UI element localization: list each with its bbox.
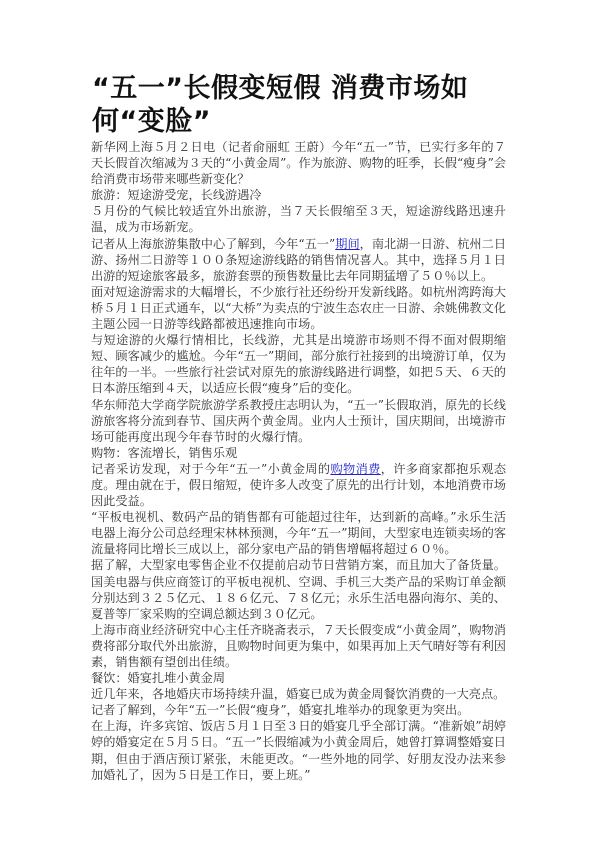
link-shopping-consumption[interactable]: 购物消费: [330, 462, 380, 476]
article-title: “五一”长假变短假 消费市场如何“变脸”: [92, 72, 522, 138]
paragraph: 近几年来，各地婚庆市场持续升温，婚宴已成为黄金周餐饮消费的一大亮点。: [91, 686, 506, 702]
section-heading-travel: 旅游：短途游受宠，长线游遇冷: [91, 187, 506, 203]
paragraph: 面对短途游需求的大幅增长，不少旅行社还纷纷开发新线路。如杭州湾跨海大桥５月１日正…: [91, 284, 506, 332]
paragraph: 在上海，许多宾馆、饭店５月１日至３日的婚宴几乎全部订满。“准新娘”胡婷婷的婚宴定…: [91, 718, 506, 782]
paragraph: 与短途游的火爆行情相比，长线游，尤其是出境游市场则不得不面对假期缩短、顾客减少的…: [91, 332, 506, 396]
paragraph-with-link: 记者从上海旅游集散中心了解到，今年“五一”期间，南北湖一日游、杭州二日游、扬州二…: [91, 236, 506, 284]
section-heading-dining: 餐饮：婚宴扎堆小黄金周: [91, 670, 506, 686]
paragraph-with-link: 记者采访发现，对于今年“五一”小黄金周的购物消费，许多商家都抱乐观态度。理由就在…: [91, 461, 506, 509]
paragraph: ５月份的气候比较适宜外出旅游，当７天长假缩至３天，短途游线路迅速升温，成为市场新…: [91, 203, 506, 235]
paragraph: “平板电视机、数码产品的销售都有可能超过往年，达到新的高峰。”永乐生活电器上海分…: [91, 509, 506, 557]
paragraph: 记者了解到，今年“五一”长假“瘦身”，婚宴扎堆举办的现象更为突出。: [91, 702, 506, 718]
paragraph-text: 记者从上海旅游集散中心了解到，今年“五一”: [91, 237, 335, 251]
document-page: “五一”长假变短假 消费市场如何“变脸” 新华网上海５月２日电（记者俞丽虹 王蔚…: [0, 0, 595, 842]
link-period[interactable]: 期间: [335, 237, 359, 251]
paragraph-text: 记者采访发现，对于今年“五一”小黄金周的: [91, 462, 330, 476]
paragraph: 据了解，大型家电零售企业不仅提前启动节日营销方案，而且加大了备货量。国美电器与供…: [91, 557, 506, 621]
article-body: 新华网上海５月２日电（记者俞丽虹 王蔚）今年“五一”节，已实行多年的７天长假首次…: [91, 139, 506, 783]
paragraph: 华东师范大学商学院旅游学系教授庄志明认为，“五一”长假取消，原先的长线游旅客将分…: [91, 397, 506, 445]
paragraph: 上海市商业经济研究中心主任齐晓斋表示，７天长假变成“小黄金周”，购物消费将部分取…: [91, 622, 506, 670]
paragraph-lead: 新华网上海５月２日电（记者俞丽虹 王蔚）今年“五一”节，已实行多年的７天长假首次…: [91, 139, 506, 187]
section-heading-shopping: 购物：客流增长，销售乐观: [91, 445, 506, 461]
